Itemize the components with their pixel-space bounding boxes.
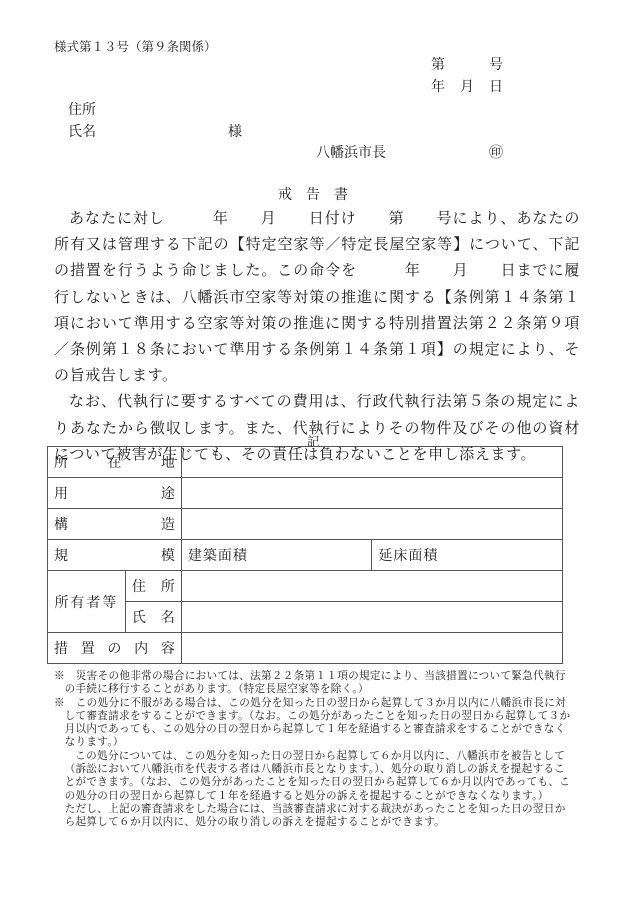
table-row-use: 用 途 [48,478,563,509]
recipient-honorific: 様 [228,121,242,141]
value-owner-address[interactable] [181,571,562,602]
notes-section: ※ 災害その他非常の場合においては、法第２２条第１１項の規定により、当該措置につ… [54,670,576,830]
value-location[interactable] [181,447,562,478]
label-char: 在 [107,452,121,472]
doc-number-suffix: 号 [489,54,503,74]
form-id: 様式第１３号（第９条関係） [54,37,217,55]
label-char: 地 [161,452,175,472]
seal-mark: ㊞ [489,142,503,162]
issuer: 八幡浜市長 [316,142,386,162]
label-char: 構 [54,514,68,534]
building-area-label: 建築面積 [188,548,248,564]
label-char: 容 [161,638,175,658]
floor-area-label: 延床面積 [378,548,438,564]
value-structure[interactable] [181,509,562,540]
label-location: 所 在 地 [48,447,182,478]
label-char: 規 [54,545,68,565]
table-row-structure: 構 造 [48,509,563,540]
label-owner-name: 氏 名 [125,602,181,633]
value-use[interactable] [181,478,562,509]
label-char: 模 [161,545,175,565]
label-char: 内 [134,638,148,658]
label-char: 用 [54,483,68,503]
table-row-owner-address: 所有者等 住 所 [48,571,563,602]
label-structure: 構 造 [48,509,182,540]
label-char: 住 [132,576,146,596]
value-owner-name[interactable] [181,602,562,633]
label-owner-address: 住 所 [125,571,181,602]
note-proviso: ただし、上記の審査請求をした場合には、当該審査請求に対する裁決があったことを知っ… [54,803,576,830]
label-char: 置 [81,638,95,658]
recipient-name-label: 氏名 [68,121,96,141]
floor-area-cell[interactable]: 延床面積 [372,540,563,571]
body-text: あなたに対し 年 月 日付け 第 号により、あなたの所有又は管理する下記の【特定… [54,205,580,467]
label-char: 名 [161,607,175,627]
label-char: 造 [161,514,175,534]
label-use: 用 途 [48,478,182,509]
owner-group-label: 所有者等 [48,571,126,633]
doc-number-prefix: 第 [431,54,445,74]
note-emergency: ※ 災害その他非常の場合においては、法第２２条第１１項の規定により、当該措置につ… [54,670,576,697]
label-char: 氏 [132,607,146,627]
body-paragraph-1: あなたに対し 年 月 日付け 第 号により、あなたの所有又は管理する下記の【特定… [54,205,580,388]
label-char: 所 [54,452,68,472]
table-row-location: 所 在 地 [48,447,563,478]
note-appeal: ※ この処分に不服がある場合は、この処分を知った日の翌日から起算して３か月以内に… [54,697,576,750]
label-measures: 措 置 の 内 容 [48,633,182,664]
date-day: 日 [489,76,503,96]
date-year: 年 [431,76,445,96]
value-measures[interactable] [181,633,562,664]
label-scale: 規 模 [48,540,182,571]
label-char: の [107,638,121,658]
note-lawsuit: この処分については、この処分を知った日の翌日から起算して６か月以内に、八幡浜市を… [54,750,576,803]
building-area-cell[interactable]: 建築面積 [181,540,372,571]
date-month: 月 [460,76,474,96]
label-char: 措 [54,638,68,658]
table-row-measures: 措 置 の 内 容 [48,633,563,664]
table-row-scale: 規 模 建築面積 延床面積 [48,540,563,571]
record-table: 所 在 地 用 途 構 造 規 模 [47,446,563,664]
label-char: 途 [161,483,175,503]
document-title: 戒 告 書 [278,184,348,204]
table-row-owner-name: 氏 名 [48,602,563,633]
recipient-address-label: 住所 [68,99,96,119]
label-char: 所 [161,576,175,596]
